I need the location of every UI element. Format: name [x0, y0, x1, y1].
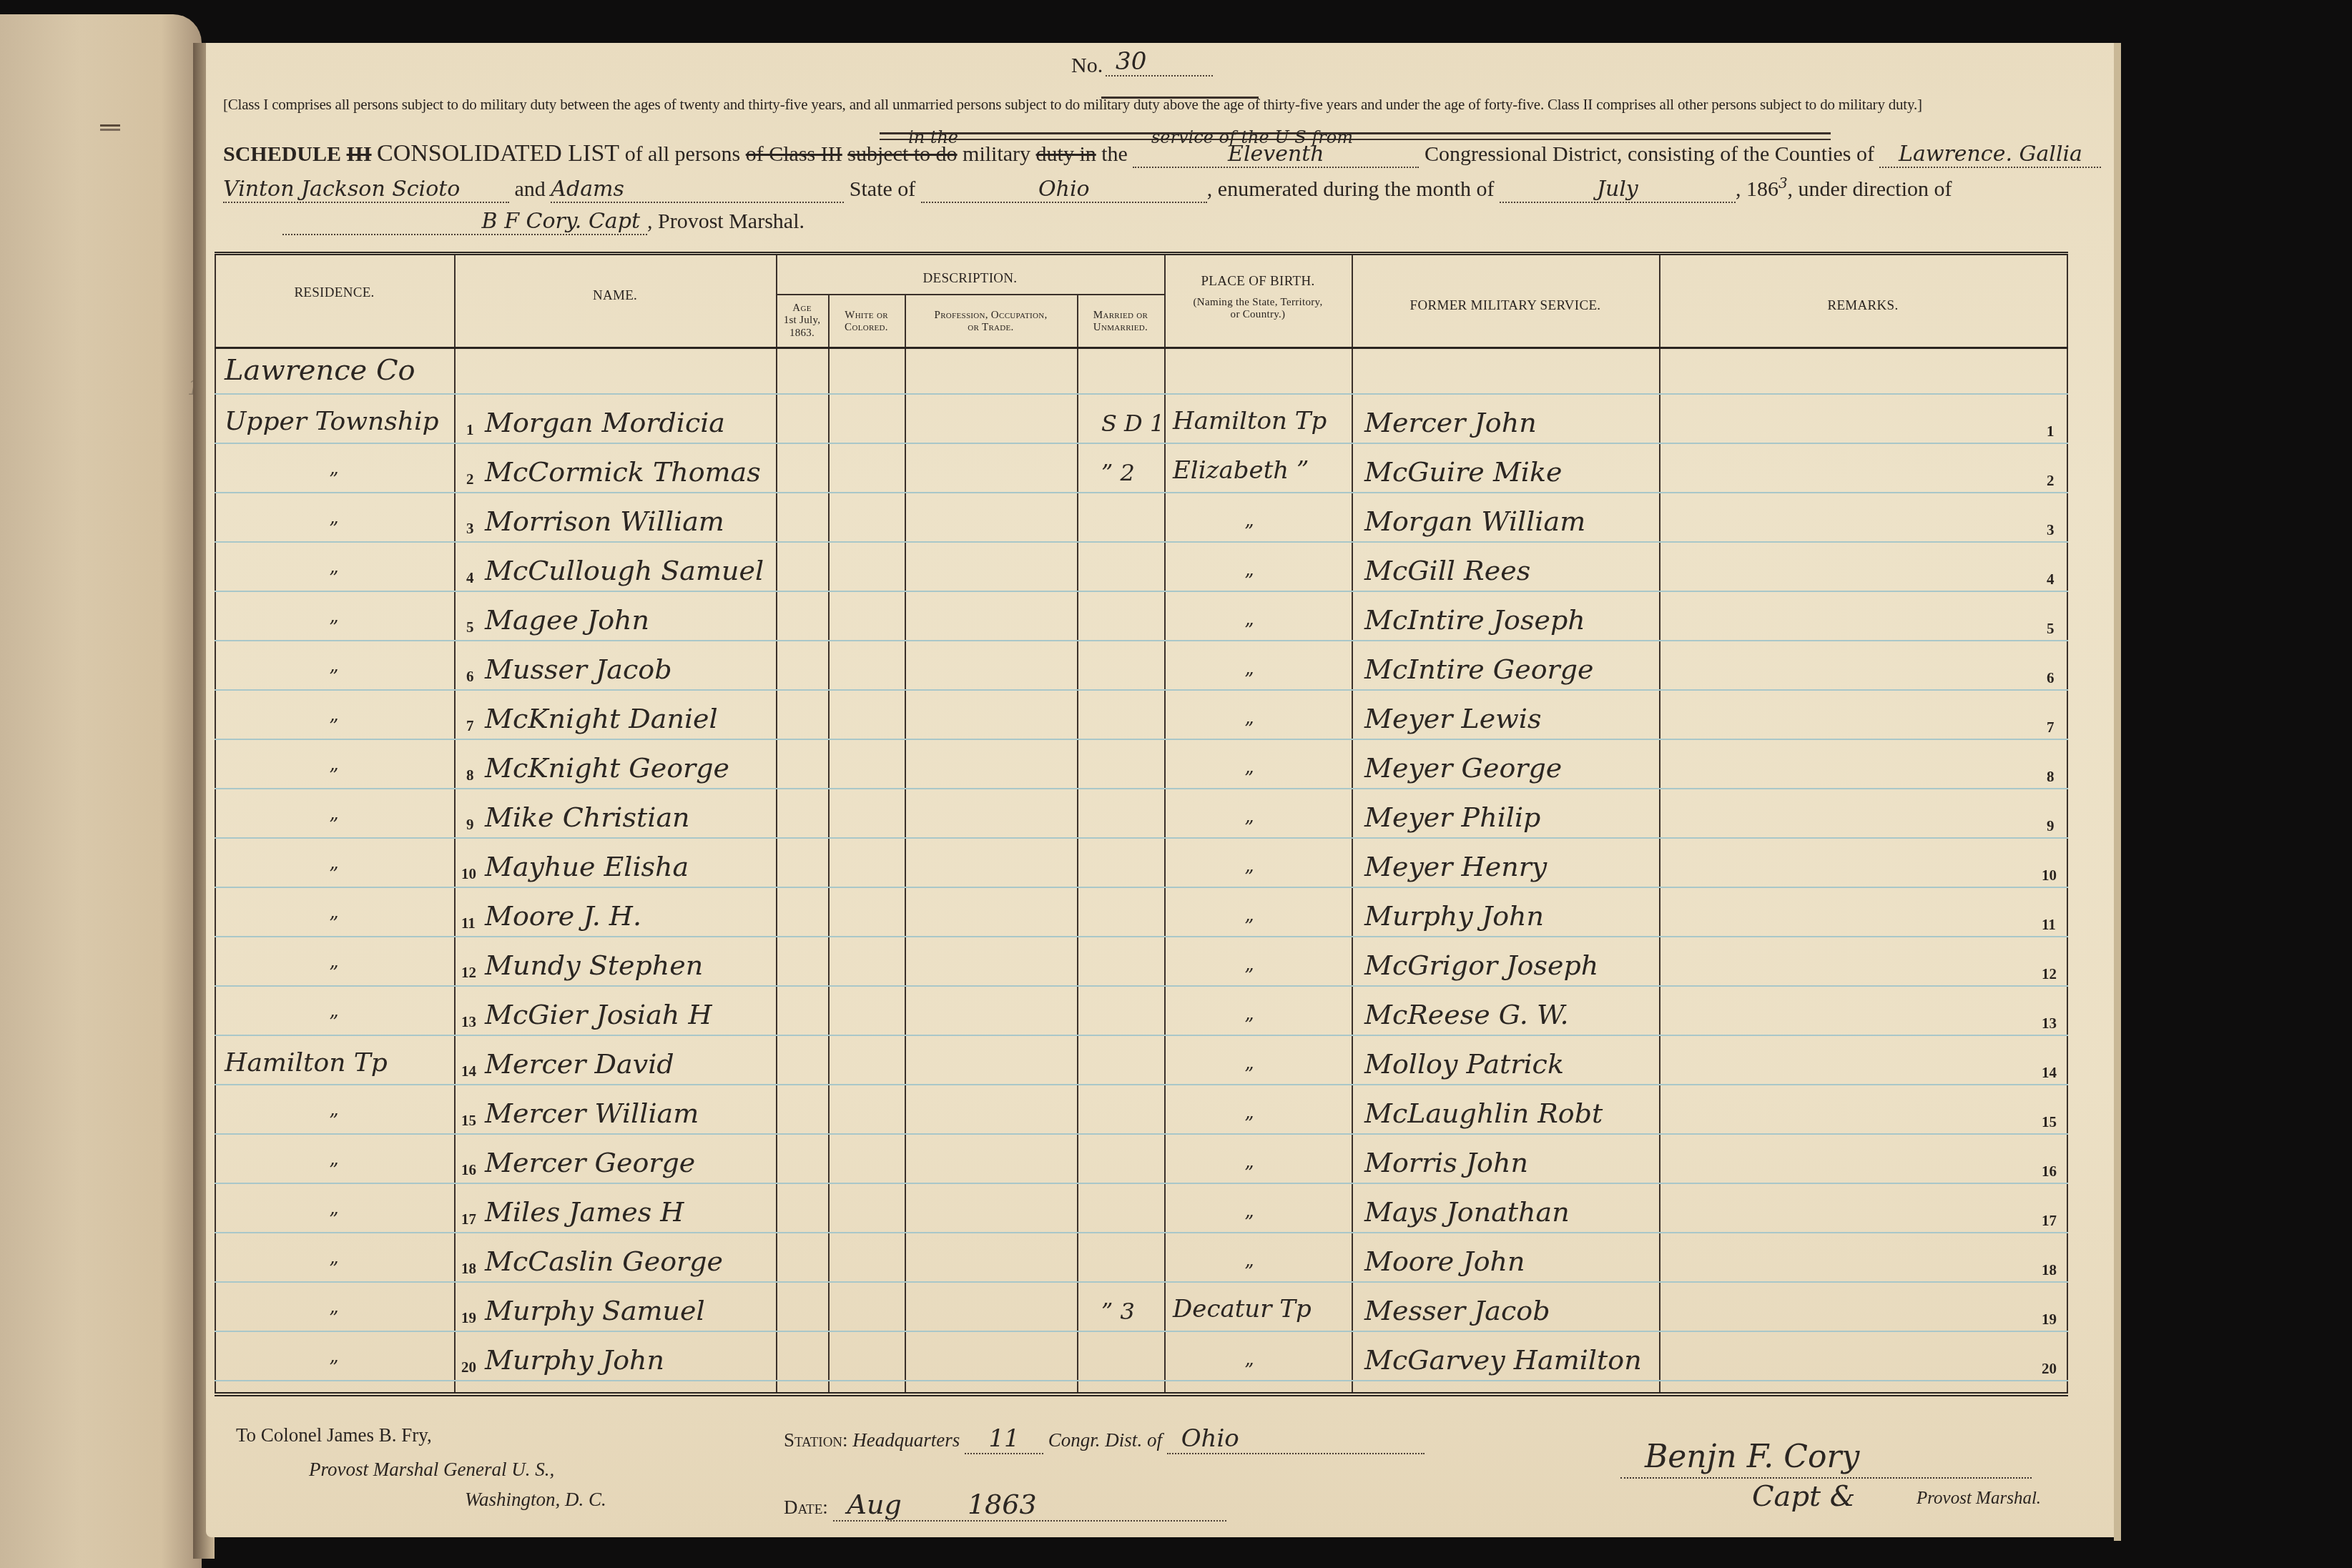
place-of-birth-cell: ”	[1244, 719, 1254, 740]
place-of-birth-cell: Decatur Tp	[1173, 1295, 1312, 1323]
row-number: 20	[461, 1359, 476, 1376]
residence-cell: ”	[329, 1160, 338, 1181]
header-residence: RESIDENCE.	[215, 285, 454, 301]
place-of-birth-cell: ”	[1244, 867, 1254, 888]
struck-class: of Class III	[746, 142, 842, 166]
header-age: Age 1st July, 1863.	[776, 302, 828, 340]
row-number: 4	[466, 569, 474, 587]
name-cell: Murphy Samuel	[485, 1295, 705, 1326]
name-cell: Moore J. H.	[485, 900, 641, 932]
line-number: 8	[2047, 768, 2055, 786]
name-cell: Mercer William	[485, 1098, 699, 1129]
schedule-table: RESIDENCE. NAME. DESCRIPTION. Age 1st Ju…	[215, 252, 2068, 1396]
name-cell: Mike Christian	[485, 802, 690, 833]
signature: Benjn F. Cory	[1645, 1439, 1859, 1475]
name-cell: Mercer George	[485, 1147, 695, 1178]
to-line: To Colonel James B. Fry,	[236, 1424, 432, 1446]
line-number: 1	[2047, 423, 2055, 440]
former-service-cell: McGrigor Joseph	[1364, 950, 1598, 981]
district-label: Congressional District, consisting of th…	[1425, 142, 1874, 166]
line-number: 3	[2047, 521, 2055, 539]
residence-cell: Upper Township	[225, 407, 439, 436]
place-of-birth-cell: ”	[1244, 965, 1254, 987]
header-bottom-rule	[215, 347, 2068, 349]
year-prefix: , 186	[1736, 177, 1778, 201]
residence-cell: ”	[329, 518, 338, 540]
residence-cell: ”	[329, 1110, 338, 1132]
ruled-line	[215, 591, 2068, 592]
of-all-persons: of all persons	[625, 142, 741, 166]
name-cell: McCormick Thomas	[485, 456, 761, 488]
station-state-field: Ohio	[1167, 1424, 1425, 1454]
date-label: Date:	[784, 1496, 828, 1518]
counties-field-2: Vinton Jackson Scioto	[223, 177, 509, 203]
state-field: Ohio	[921, 177, 1207, 203]
place-of-birth-cell: Elizabeth ”	[1173, 456, 1309, 485]
row-number: 12	[461, 964, 476, 982]
residence-cell: ”	[329, 1209, 338, 1231]
row-number: 14	[461, 1062, 476, 1080]
row-number: 17	[461, 1210, 476, 1228]
ruled-line	[215, 541, 2068, 543]
residence-cell: ”	[329, 962, 338, 984]
residence-cell: ”	[329, 913, 338, 935]
row-number: 2	[466, 470, 474, 488]
name-cell: Mundy Stephen	[485, 950, 703, 981]
col-line-married	[1077, 294, 1078, 1392]
place-of-birth-cell: ”	[1244, 669, 1254, 691]
col-line-place	[1164, 255, 1166, 1392]
ruled-line	[215, 887, 2068, 888]
row-number: 3	[466, 520, 474, 538]
married-cell: ” 2	[1101, 459, 1135, 486]
line-number: 7	[2047, 719, 2055, 736]
married-cell: S D 1	[1101, 410, 1164, 437]
residence-cell: ”	[329, 666, 338, 688]
header-former-military-service: FORMER MILITARY SERVICE.	[1352, 298, 1659, 314]
number-value: 30	[1116, 47, 1146, 76]
schedule-line-2: Vinton Jackson Scioto and Adams State of…	[223, 174, 1952, 203]
row-number: 5	[466, 618, 474, 636]
schedule-line-3: B F Cory. Capt, Provost Marshal.	[282, 209, 804, 235]
enumerated-label: , enumerated during the month of	[1207, 177, 1495, 201]
residence-cell: ”	[329, 716, 338, 737]
former-service-cell: McIntire Joseph	[1364, 604, 1585, 636]
former-service-cell: McReese G. W.	[1364, 999, 1569, 1030]
line-number: 14	[2042, 1064, 2057, 1082]
former-service-cell: Meyer Lewis	[1364, 703, 1542, 734]
schedule-line-1: SCHEDULE III CONSOLIDATED LIST of all pe…	[223, 140, 2101, 168]
ruled-line	[215, 739, 2068, 740]
place-of-birth-cell: Hamilton Tp	[1173, 407, 1327, 435]
name-cell: McGier Josiah H	[485, 999, 712, 1030]
row-number: 9	[466, 816, 474, 834]
col-line-former	[1352, 255, 1353, 1392]
married-cell: ” 3	[1101, 1298, 1135, 1325]
residence-cell: ”	[329, 469, 338, 490]
counties-field-3: Adams	[551, 177, 844, 203]
header-married: Married or Unmarried.	[1077, 310, 1164, 335]
name-cell: Morrison William	[485, 506, 724, 537]
ruled-line	[215, 640, 2068, 641]
former-service-cell: Mercer John	[1364, 407, 1537, 438]
number-line	[1106, 75, 1213, 77]
col-line-profession	[905, 294, 906, 1392]
former-service-cell: Moore John	[1364, 1246, 1525, 1277]
residence-cell: ”	[329, 1308, 338, 1329]
place-of-birth-cell: ”	[1244, 620, 1254, 641]
name-cell: Miles James H	[485, 1196, 684, 1228]
page-mark	[100, 124, 120, 127]
row-number: 7	[466, 717, 474, 735]
ruled-line	[215, 1035, 2068, 1036]
header-place-of-birth: PLACE OF BIRTH. (Naming the State, Terri…	[1164, 274, 1352, 321]
direction-label: , under direction of	[1788, 177, 1952, 201]
ruled-line	[215, 936, 2068, 937]
ruled-line	[215, 1380, 2068, 1381]
line-number: 18	[2042, 1261, 2057, 1279]
to-title: Provost Marshal General U. S.,	[309, 1459, 554, 1481]
name-cell: Murphy John	[485, 1344, 664, 1376]
ruled-line	[215, 443, 2068, 444]
signature-line	[1620, 1477, 2032, 1479]
former-service-cell: Morris John	[1364, 1147, 1528, 1178]
left-page: 12)	[0, 14, 202, 1568]
residence-cell: Hamilton Tp	[225, 1048, 388, 1078]
ruled-line	[215, 689, 2068, 691]
marshal-label: , Provost Marshal.	[647, 209, 804, 233]
former-service-cell: Meyer George	[1364, 752, 1562, 784]
military-label: military	[963, 142, 1030, 166]
row-number: 15	[461, 1112, 476, 1130]
place-of-birth-cell: ”	[1244, 571, 1254, 592]
place-of-birth-cell: ”	[1244, 1113, 1254, 1135]
former-service-cell: Mays Jonathan	[1364, 1196, 1570, 1228]
ruled-line	[215, 837, 2068, 839]
col-line-left	[215, 255, 216, 1392]
col-line-age	[776, 255, 777, 1392]
header-name: NAME.	[454, 288, 776, 304]
former-service-cell: McLaughlin Robt	[1364, 1098, 1603, 1129]
line-number: 2	[2047, 472, 2055, 490]
to-place: Washington, D. C.	[465, 1489, 606, 1511]
col-line-white	[828, 294, 830, 1392]
state-label: State of	[850, 177, 915, 201]
former-service-cell: McGuire Mike	[1364, 456, 1562, 488]
former-service-cell: Messer Jacob	[1364, 1295, 1550, 1326]
pre-row-residence: Lawrence Co	[225, 354, 415, 387]
name-cell: McKnight George	[485, 752, 729, 784]
former-service-cell: Meyer Henry	[1364, 851, 1547, 882]
date-field: Aug 1863	[833, 1489, 1226, 1522]
counties-field-1: Lawrence. Gallia	[1879, 142, 2101, 168]
date-line: Date: Aug 1863	[784, 1489, 1226, 1522]
name-cell: Musser Jacob	[485, 654, 672, 685]
district-field: Eleventh	[1133, 142, 1419, 168]
month-field: July	[1500, 177, 1736, 203]
year-suffix: 3	[1778, 174, 1788, 192]
ruled-line	[215, 492, 2068, 493]
former-service-cell: Murphy John	[1364, 900, 1544, 932]
signature-label: Provost Marshal.	[1916, 1489, 2041, 1509]
place-of-birth-cell: ”	[1244, 1064, 1254, 1085]
place-of-birth-cell: ”	[1244, 1015, 1254, 1036]
row-number: 1	[466, 421, 474, 439]
ruled-line	[215, 1133, 2068, 1135]
place-of-birth-cell: ”	[1244, 916, 1254, 937]
line-number: 9	[2047, 817, 2055, 835]
former-service-cell: McGill Rees	[1364, 555, 1530, 586]
line-number: 4	[2047, 571, 2055, 588]
name-cell: Mayhue Elisha	[485, 851, 689, 882]
ruled-line	[215, 985, 2068, 987]
line-number: 20	[2042, 1360, 2057, 1378]
ruled-line	[215, 788, 2068, 789]
line-number: 19	[2042, 1311, 2057, 1328]
class-note: [Class I comprises all persons subject t…	[223, 96, 1922, 114]
line-number: 17	[2042, 1212, 2057, 1230]
number-label: No.	[1071, 54, 1103, 78]
former-service-cell: McIntire George	[1364, 654, 1594, 685]
page-edge	[2114, 43, 2121, 1541]
line-number: 6	[2047, 669, 2055, 687]
line-number: 15	[2042, 1113, 2057, 1131]
former-service-cell: Morgan William	[1364, 506, 1585, 537]
station-line: Station: Headquarters 11 Congr. Dist. of…	[784, 1424, 1425, 1454]
ruled-line	[215, 1281, 2068, 1283]
heading-rule	[880, 132, 1831, 140]
header-description: DESCRIPTION.	[776, 271, 1164, 287]
line-number: 10	[2042, 867, 2057, 884]
row-number: 10	[461, 865, 476, 883]
ruled-line	[215, 393, 2068, 395]
col-line-right	[2067, 255, 2068, 1392]
ruled-line	[215, 1084, 2068, 1085]
ruled-line	[215, 1331, 2068, 1332]
congr-label: Congr. Dist. of	[1048, 1429, 1162, 1451]
signature-title: Capt &	[1752, 1480, 1855, 1513]
place-of-birth-cell: ”	[1244, 768, 1254, 789]
ruled-line	[215, 1232, 2068, 1233]
row-number: 13	[461, 1013, 476, 1031]
place-of-birth-cell: ”	[1244, 521, 1254, 543]
residence-cell: ”	[329, 864, 338, 885]
former-service-cell: McGarvey Hamilton	[1364, 1344, 1642, 1376]
row-number: 6	[466, 668, 474, 686]
list-title: CONSOLIDATED LIST	[377, 140, 619, 167]
name-cell: McCaslin George	[485, 1246, 723, 1277]
former-service-cell: Meyer Philip	[1364, 802, 1540, 833]
ruled-line	[215, 1183, 2068, 1184]
line-number: 5	[2047, 620, 2055, 638]
row-number: 11	[461, 914, 476, 932]
schedule-struck: III	[347, 142, 372, 166]
and-label: and	[515, 177, 546, 201]
row-number: 16	[461, 1161, 476, 1179]
description-rule	[776, 294, 1164, 295]
former-service-cell: Molloy Patrick	[1364, 1048, 1564, 1080]
schedule-label: SCHEDULE	[223, 142, 341, 166]
row-number: 18	[461, 1260, 476, 1278]
name-cell: Morgan Mordicia	[485, 407, 725, 438]
name-cell: Mercer David	[485, 1048, 674, 1080]
header-white-colored: White or Colored.	[828, 310, 905, 335]
col-line-name	[454, 255, 456, 1392]
station-label: Station:	[784, 1429, 848, 1451]
residence-cell: ”	[329, 765, 338, 787]
place-of-birth-cell: ”	[1244, 1212, 1254, 1233]
row-number: 8	[466, 766, 474, 784]
residence-cell: ”	[329, 1357, 338, 1379]
station-district-field: 11	[965, 1424, 1043, 1454]
headquarters-label: Headquarters	[852, 1429, 960, 1451]
place-of-birth-cell: ”	[1244, 817, 1254, 839]
header-remarks: REMARKS.	[1659, 298, 2067, 314]
name-cell: McKnight Daniel	[485, 703, 718, 734]
residence-cell: ”	[329, 1258, 338, 1280]
place-of-birth-cell: ”	[1244, 1261, 1254, 1283]
header-profession: Profession, Occupation, or Trade.	[905, 310, 1077, 335]
row-number: 19	[461, 1309, 476, 1327]
line-number: 11	[2042, 916, 2056, 934]
marshal-field: B F Cory. Capt	[282, 209, 647, 235]
struck-duty: duty in	[1036, 142, 1096, 166]
the-label: the	[1101, 142, 1128, 166]
residence-cell: ”	[329, 617, 338, 638]
name-cell: McCullough Samuel	[485, 555, 764, 586]
line-number: 16	[2042, 1163, 2057, 1180]
struck-subject: subject to do	[847, 142, 957, 166]
line-number: 13	[2042, 1015, 2057, 1032]
col-line-remarks	[1659, 255, 1660, 1392]
line-number: 12	[2042, 965, 2057, 983]
place-of-birth-cell: ”	[1244, 1360, 1254, 1381]
residence-cell: ”	[329, 568, 338, 589]
place-of-birth-cell: ”	[1244, 1163, 1254, 1184]
name-cell: Magee John	[485, 604, 649, 636]
residence-cell: ”	[329, 814, 338, 836]
residence-cell: ”	[329, 1012, 338, 1033]
